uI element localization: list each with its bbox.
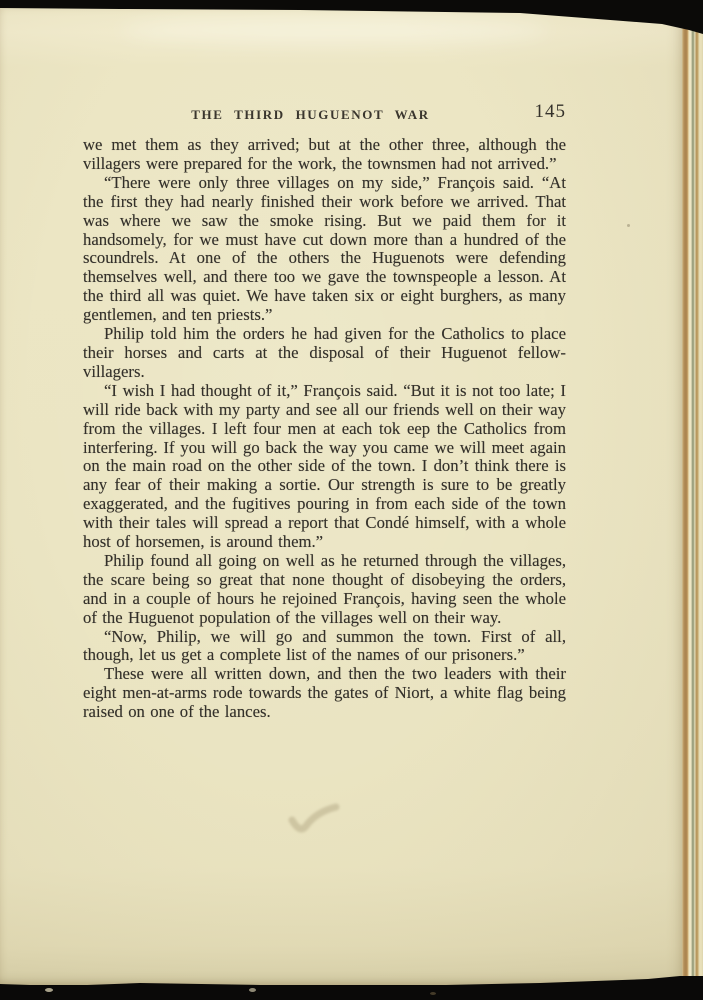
page-number: 145 [535,101,567,123]
scan-speck [249,988,256,992]
paper-speck [627,224,630,227]
running-header: THE THIRD HUGUENOT WAR [83,107,538,123]
paragraph: These were all written down, and then th… [83,665,566,722]
book-page: THE THIRD HUGUENOT WAR 145 we met them a… [0,8,684,985]
paragraph: Philip found all going on well as he ret… [83,552,566,628]
paragraph: we met them as they arrived; but at the … [83,136,566,174]
text-column: we met them as they arrived; but at the … [83,136,566,722]
paragraph: “I wish I had thought of it,” François s… [83,382,566,552]
paragraph: “Now, Philip, we will go and summon the … [83,628,566,666]
page-edge-stripes [682,16,703,978]
pencil-check-mark-icon [288,802,340,842]
scan-speck [45,988,53,992]
page-header-row: THE THIRD HUGUENOT WAR 145 [83,103,566,125]
scan-speck [430,992,436,995]
paragraph: “There were only three villages on my si… [83,174,566,325]
paragraph: Philip told him the orders he had given … [83,325,566,382]
scan-light-band [120,16,550,44]
book-scan: THE THIRD HUGUENOT WAR 145 we met them a… [0,0,703,1000]
